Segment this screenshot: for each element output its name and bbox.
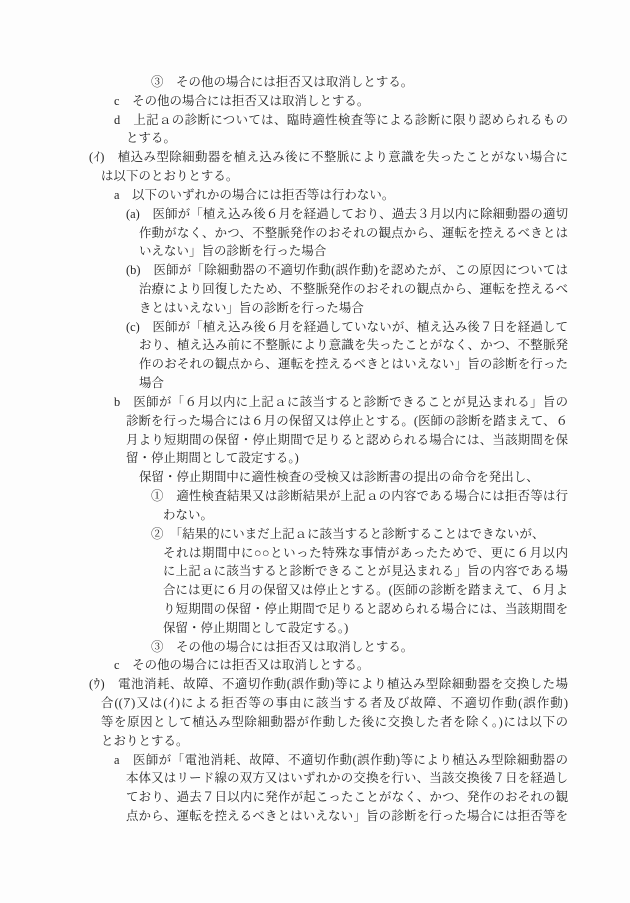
text-line: ており、過去７日以内に発作が起こったことがなく、かつ、発作のおそれの観 xyxy=(126,788,568,807)
text-line: おり、植え込み前に不整脈により意識を失ったことがなく、かつ、不整脈発 xyxy=(139,336,568,355)
text-line: c その他の場合には拒否又は取消しとする。 xyxy=(114,92,369,111)
text-line: a 医師が「電池消耗、故障、不適切作動(誤作動)等により植込み型除細動器の xyxy=(114,751,568,770)
text-line: (c) 医師が「植え込み後６月を経過していないが、植え込み後７日を経過して xyxy=(126,318,568,337)
text-line: 保留・停止期間中に適性検査の受検又は診断書の提出の命令を発出し、 xyxy=(139,468,539,487)
text-line: ③ その他の場合には拒否又は取消しとする。 xyxy=(151,638,413,657)
text-line: b 医師が「６月以内に上記ａに該当すると診断できることが見込まれる」旨の xyxy=(114,393,568,412)
text-line: 作動がなく、かつ、不整脈発作のおそれの観点から、運転を控えるべきとは xyxy=(139,224,568,243)
text-line: 留・停止期間として設定する。) xyxy=(126,449,299,468)
text-line: (b) 医師が「除細動器の不適切作動(誤作動)を認めたが、この原因については xyxy=(126,261,568,280)
text-line: 場合 xyxy=(139,374,164,393)
text-line: c その他の場合には拒否又は取消しとする。 xyxy=(114,656,369,675)
text-line: とする。 xyxy=(126,129,176,148)
text-line: a 以下のいずれかの場合には拒否等は行わない。 xyxy=(114,186,394,205)
text-line: ③ その他の場合には拒否又は取消しとする。 xyxy=(151,73,413,92)
text-line: 合には更に６月の保留又は停止とする。(医師の診断を踏まえて、６月よ xyxy=(163,581,568,600)
text-line: (ｳ) 電池消耗、故障、不適切作動(誤作動)等により植込み型除細動器を交換した場 xyxy=(89,675,568,694)
document-page: ③ その他の場合には拒否又は取消しとする。c その他の場合には拒否又は取消しとす… xyxy=(0,0,630,903)
text-line: り短期間の保留・停止期間で足りると認められる場合には、当該期間を xyxy=(163,600,568,619)
text-line: ② 「結果的にいまだ上記ａに該当すると診断することはできないが、 xyxy=(151,525,545,544)
text-line: それは期間中に○○といった特殊な事情があったためで、更に６月以内 xyxy=(163,544,568,563)
text-line: 点から、運転を控えるべきとはいえない」旨の診断を行った場合には拒否等を xyxy=(126,807,568,826)
text-line: 等を原因として植込み型除細動器が作動した後に交換した者を除く。)には以下の xyxy=(101,713,568,732)
text-line: わない。 xyxy=(163,506,213,525)
text-line: (a) 医師が「植え込み後６月を経過しており、過去３月以内に除細動器の適切 xyxy=(126,205,568,224)
text-line: 保留・停止期間として設定する。) xyxy=(163,619,348,638)
text-line: 作のおそれの観点から、運転を控えるべきとはいえない」旨の診断を行った xyxy=(139,355,568,374)
text-line: に上記ａに該当すると診断できることが見込まれる」旨の内容である場 xyxy=(163,562,568,581)
text-line: は以下のとおりとする。 xyxy=(101,167,238,186)
text-line: (ｲ) 植込み型除細動器を植え込み後に不整脈により意識を失ったことがない場合に xyxy=(89,148,568,167)
text-line: 治療により回復したため、不整脈発作のおそれの観点から、運転を控えるべ xyxy=(139,280,568,299)
text-line: 月より短期間の保留・停止期間で足りると認められる場合には、当該期間を保 xyxy=(126,431,568,450)
text-line: 合((ｱ)又は(ｲ)による拒否等の事由に該当する者及び故障、不適切作動(誤作動) xyxy=(101,694,568,713)
text-line: ① 適性検査結果又は診断結果が上記ａの内容である場合には拒否等は行 xyxy=(151,487,568,506)
text-line: いえない」旨の診断を行った場合 xyxy=(139,242,326,261)
text-line: 診断を行った場合には６月の保留又は停止とする。(医師の診断を踏まえて、６ xyxy=(126,412,568,431)
text-line: 本体又はリード線の双方又はいずれかの交換を行い、当該交換後７日を経過し xyxy=(126,769,568,788)
text-line: d 上記ａの診断については、臨時適性検査等による診断に限り認められるもの xyxy=(114,111,568,130)
text-line: とおりとする。 xyxy=(101,732,188,751)
text-line: きとはいえない」旨の診断を行った場合 xyxy=(139,299,364,318)
